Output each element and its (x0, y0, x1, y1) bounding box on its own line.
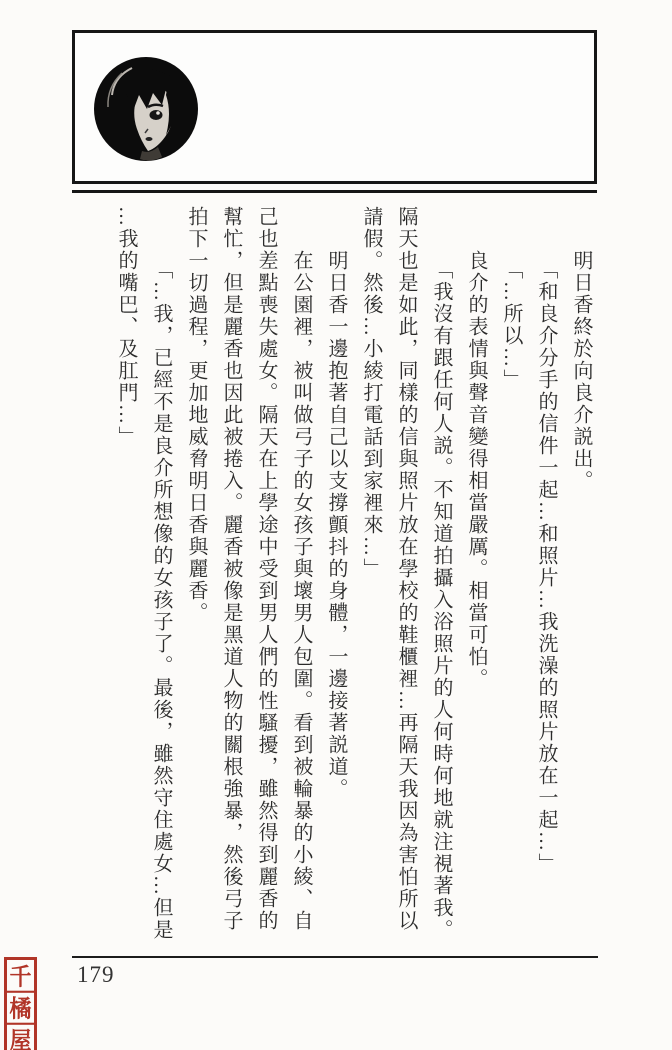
seal-character: 屋 (7, 1023, 34, 1050)
text-column: …我的嘴巴、及肛門…」 (108, 206, 143, 948)
seal-character: 橘 (7, 991, 34, 1025)
text-column: 己也差點喪失處女。隔天在上學途中受到男人們的性騷擾，雖然得到麗香的 (248, 206, 283, 948)
text-column: 良介的表情與聲音變得相當嚴厲。相當可怕。 (458, 206, 493, 948)
footer-rule (72, 956, 598, 958)
header-frame (72, 30, 597, 184)
text-column: 幫忙，但是麗香也因此被捲入。麗香被像是黑道人物的關根強暴，然後弓子 (213, 206, 248, 948)
body-text: 明日香終於向良介説出。 「和良介分手的信件一起…和照片…我洗澡的照片放在一起…」… (108, 206, 598, 948)
text-column: 在公園裡，被叫做弓子的女孩子與壞男人包圍。看到被輪暴的小綾、自 (283, 206, 318, 948)
book-page: 明日香終於向良介説出。 「和良介分手的信件一起…和照片…我洗澡的照片放在一起…」… (0, 0, 672, 1050)
text-column: 「…所以…」 (493, 206, 528, 948)
seal-character: 千 (7, 959, 34, 993)
text-column: 「和良介分手的信件一起…和照片…我洗澡的照片放在一起…」 (528, 206, 563, 948)
text-column: 拍下一切過程，更加地威脅明日香與麗香。 (178, 206, 213, 948)
text-column: 隔天也是如此，同樣的信與照片放在學校的鞋櫃裡…再隔天我因為害怕所以 (388, 206, 423, 948)
text-column: 「我沒有跟任何人説。不知道拍攝入浴照片的人何時何地就注視著我。 (423, 206, 458, 948)
header-underline (72, 190, 597, 193)
text-column: 明日香一邊抱著自己以支撐顫抖的身體，一邊接著説道。 (318, 206, 353, 948)
publisher-seal: 千 橘 屋 (4, 957, 37, 1050)
text-column: 明日香終於向良介説出。 (563, 206, 598, 948)
portrait-icon (92, 55, 200, 163)
page-number: 179 (77, 962, 115, 988)
text-column: 「…我，已經不是良介所想像的女孩子了。最後，雖然守住處女…但是 (143, 206, 178, 948)
text-column: 請假。然後…小綾打電話到家裡來…」 (353, 206, 388, 948)
